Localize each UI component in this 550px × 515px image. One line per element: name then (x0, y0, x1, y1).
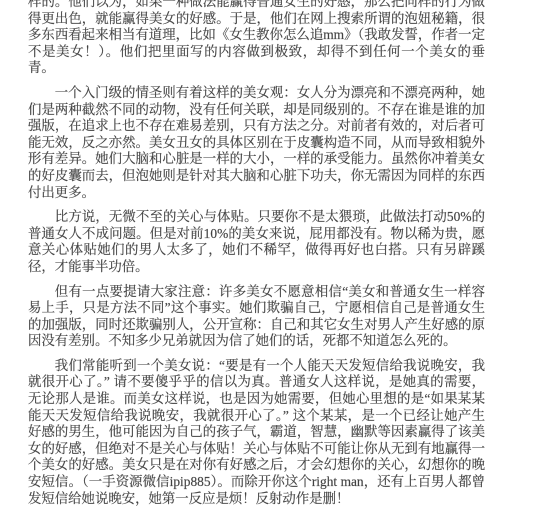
paragraph: 但有一点要提请大家注意：许多美女不愿意相信“美女和普通女生一样容易上手，只是方法… (28, 284, 485, 350)
document-page: 样的。他们以为，如果一种做法能赢得普通女生的好感，那么把同样的行为做得更出色，就… (28, 0, 485, 450)
paragraph: 我们常能听到一个美女说：“要是有一个人能天天发短信给我说晚安，我就很开心了。” … (28, 358, 485, 450)
paragraph: 样的。他们以为，如果一种做法能赢得普通女生的好感，那么把同样的行为做得更出色，就… (28, 0, 485, 77)
paragraph: 比方说，无微不至的关心与体贴。只要你不是太猥琐，此做法打动50%的普通女人不成问… (28, 209, 485, 275)
paragraph: 一个入门级的情圣则有着这样的美女观：女人分为漂亮和不漂亮两种，她们是两种截然不同… (28, 85, 485, 201)
